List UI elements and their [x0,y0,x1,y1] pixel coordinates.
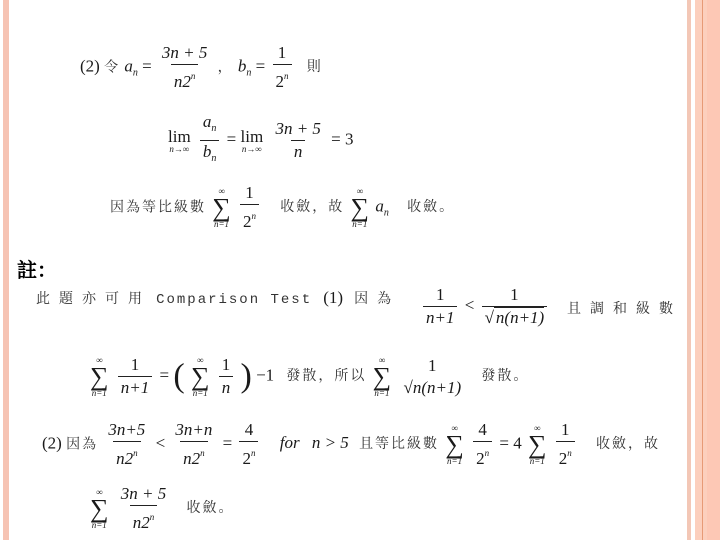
fraction-denominator: n2n [130,505,158,533]
sum-lower: n=1 [530,457,545,466]
fraction-denominator: 2n [239,441,258,469]
fraction-numerator: 1 [425,356,440,377]
geometric-series-text: 且等比級數 [359,436,439,452]
alt-method-text: 此題亦可用 [36,291,151,307]
converge-therefore-text: 收斂，故 [280,199,344,215]
note-line-4: ∞ ∑ n=1 3n + 5 n2n 收斂。 [88,484,235,533]
part-label: (1) [323,288,343,307]
sqrt-content: n(n+1) [413,378,461,397]
part-label: (2) [80,56,100,75]
right-paren: ) [241,358,252,395]
sum-operator: ∞ ∑ n=1 [90,356,109,398]
note-title: 註： [17,254,57,283]
a-n-symbol: a [124,56,133,75]
equals-sign: = [142,56,152,75]
note-inequality-1: 1 n+1 < 1 √n(n+1) [420,285,550,328]
final-fraction: 3n + 5 n2n [118,484,169,533]
part2-definition: (2) 令 an = 3n + 5 n2n ， bn = 1 2n 則 [80,43,323,92]
then-word: 則 [307,59,323,75]
sum-operator: ∞ ∑ n=1 [90,488,109,530]
sum-operator: ∞ ∑ n=1 [191,356,210,398]
sum-lower: n=1 [92,521,107,530]
because-text: 因為 [354,291,400,307]
sum-fraction: 4 2n [473,420,492,469]
sqrt-fraction: 1 √n(n+1) [400,356,464,398]
for-word: for [280,433,300,452]
den-base: 2 [559,449,568,468]
lim-word: lim [241,128,264,145]
fraction-numerator: 3n + 5 [272,119,323,140]
equals-sign: = [160,365,170,384]
fraction-denominator: n2n [180,441,208,469]
geometric-series-text: 因為等比級數 [110,199,206,215]
b-n-subscript: n [246,67,251,78]
limit-operator: lim n→∞ [241,128,264,154]
ratio-fraction: an bn [200,112,220,169]
minus-one: −1 [256,365,274,384]
fraction-denominator: bn [200,140,220,169]
a-n-fraction: 3n + 5 n2n [159,43,210,92]
fraction-numerator: an [200,112,220,140]
equals-sign: = [227,129,237,148]
right-fraction: 4 2n [239,420,258,469]
less-than: < [465,295,475,314]
sum-lower: n=1 [92,389,107,398]
den-exp: n [200,448,205,458]
note-line-1: 此題亦可用 Comparison Test (1) 因為 [36,288,400,308]
den-exp: n [191,71,196,81]
harmonic-fraction: 1 n [219,355,234,398]
condition: n > 5 [312,433,349,452]
sum-operator: ∞ ∑ n=1 [351,187,370,229]
fraction-numerator: 3n+5 [105,420,148,441]
fraction-denominator: n [219,376,234,398]
conclusion-line: 因為等比級數 ∞ ∑ n=1 1 2n 收斂，故 ∞ ∑ n=1 an 收斂。 [110,183,455,232]
note-line-3: (2) 因為 3n+5 n2n < 3n+n n2n = 4 2n for n … [42,420,660,469]
right-decor-bars [685,0,720,540]
sum-lower: n=1 [374,389,389,398]
fraction-denominator: 2n [473,441,492,469]
sigma-symbol: ∑ [373,365,392,389]
sum-lower: n=1 [447,457,462,466]
den-exp: n [567,448,572,458]
equals-four: = 4 [499,433,521,452]
sigma-symbol: ∑ [90,497,109,521]
fraction-denominator: 2n [556,441,575,469]
term-fraction: 1 n+1 [118,355,152,398]
den-exp: n [284,71,289,81]
sigma-symbol: ∑ [90,365,109,389]
middle-fraction: 3n+n n2n [172,420,215,469]
sigma-symbol: ∑ [351,196,370,220]
fraction-denominator: n+1 [118,376,152,398]
fraction-numerator: 3n+n [172,420,215,441]
right-decor-band-outer [707,0,720,540]
den-exp: n [150,512,155,522]
fraction-numerator: 1 [219,355,234,376]
limit-fraction: 3n + 5 n [272,119,323,162]
den-base: 2 [476,449,485,468]
fraction-numerator: 3n + 5 [118,484,169,505]
limit-comparison: lim n→∞ an bn = lim n→∞ 3n + 5 n = 3 [168,112,354,169]
fraction-denominator: 2n [240,204,259,232]
sum-operator: ∞ ∑ n=1 [528,424,547,466]
converge-therefore-text: 收斂，故 [596,436,660,452]
sigma-symbol: ∑ [528,433,547,457]
subscript: n [211,123,216,134]
den-base: 2 [243,212,252,231]
lim-word: lim [168,128,191,145]
sum-operator: ∞ ∑ n=1 [445,424,464,466]
den-exp: n [485,448,490,458]
subscript: n [384,207,389,218]
sum-lower: n=1 [214,220,229,229]
den-base: n2 [183,449,200,468]
sum2-fraction: 1 2n [556,420,575,469]
a-symbol: a [375,196,384,215]
part-label: (2) [42,433,62,452]
den-base: 2 [276,72,285,91]
fraction-denominator: n2n [113,441,141,469]
sigma-symbol: ∑ [212,196,231,220]
sum-operator: ∞ ∑ n=1 [373,356,392,398]
fraction-denominator: n+1 [423,306,457,328]
fraction-denominator: n2n [171,64,199,92]
fraction-numerator: 1 [433,285,448,306]
less-than: < [156,433,166,452]
let-word: 令 [104,59,120,75]
limit-result: = 3 [331,129,353,148]
fraction-denominator: 2n [273,64,292,92]
fraction-numerator: 1 [128,355,143,376]
fraction-denominator: √n(n+1) [482,306,548,328]
sqrt-content: n(n+1) [494,307,544,327]
because-text: 因為 [66,436,98,452]
left-fraction: 1 n+1 [423,285,457,328]
equals-sign: = [256,56,266,75]
left-fraction: 3n+5 n2n [105,420,148,469]
b-n-fraction: 1 2n [273,43,292,92]
right-decor-line [702,0,703,540]
note-line-2: ∞ ∑ n=1 1 n+1 = ( ∞ ∑ n=1 1 n ) −1 發散，所以… [88,355,529,398]
fraction-numerator: 3n + 5 [159,43,210,64]
lim-under: n→∞ [242,145,262,154]
sum-term-fraction: 1 2n [240,183,259,232]
right-decor-stripe [687,0,691,540]
limit-operator: lim n→∞ [168,128,191,154]
sigma-symbol: ∑ [445,433,464,457]
fraction-denominator: √n(n+1) [400,377,464,398]
den-exp: n [133,448,138,458]
right-fraction: 1 √n(n+1) [482,285,548,328]
method-name: Comparison Test [156,292,312,308]
lim-under: n→∞ [169,145,189,154]
sum-operator: ∞ ∑ n=1 [212,187,231,229]
den-base: n2 [133,513,150,532]
comma: ， [218,59,234,75]
den-exp: n [252,211,257,221]
left-decor-bar [3,0,9,540]
sum-lower: n=1 [193,389,208,398]
fraction-numerator: 1 [275,43,290,64]
a-n-subscript: n [133,67,138,78]
fraction-numerator: 1 [507,285,522,306]
fraction-numerator: 1 [242,183,257,204]
sigma-symbol: ∑ [191,365,210,389]
harmonic-series-text: 且調和級數 [567,298,682,318]
fraction-numerator: 4 [242,420,257,441]
converge-text: 收斂。 [187,500,235,516]
den-exp: n [251,448,256,458]
diverge-therefore-text: 發散，所以 [286,368,366,384]
fraction-numerator: 1 [558,420,573,441]
converge-text: 收斂。 [407,199,455,215]
sum-lower: n=1 [352,220,367,229]
den-base: n2 [116,449,133,468]
den-base: n2 [174,72,191,91]
fraction-numerator: 4 [475,420,490,441]
fraction-denominator: n [291,140,306,162]
diverge-text: 發散。 [481,368,529,384]
equals-sign: = [223,433,233,452]
den-base: 2 [242,449,251,468]
left-paren: ( [173,358,184,395]
subscript: n [211,153,216,164]
